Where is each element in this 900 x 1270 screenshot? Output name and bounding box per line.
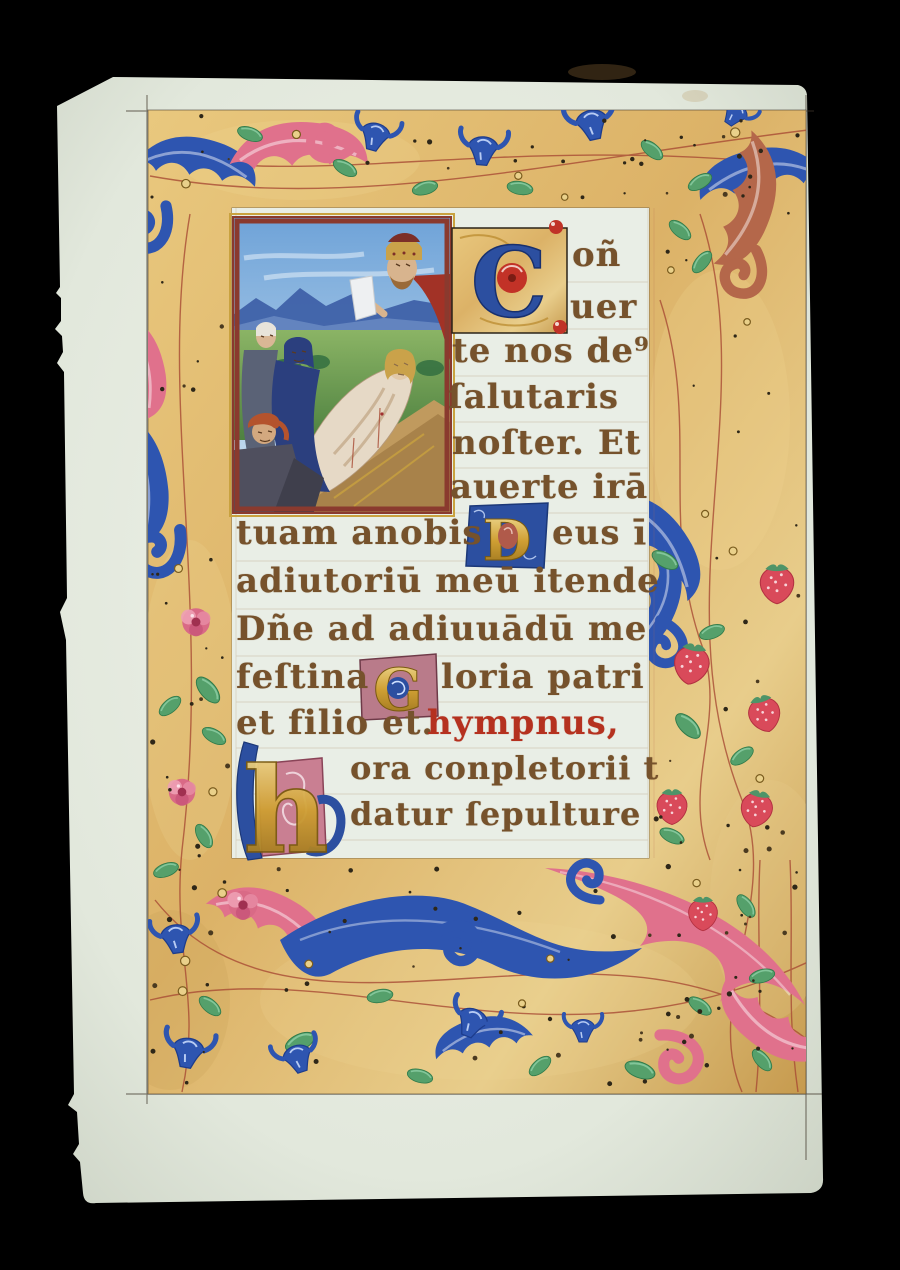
illuminated-initial-c: C	[452, 220, 567, 339]
illuminated-initial-d: D	[466, 503, 548, 574]
svg-text:h: h	[243, 741, 329, 880]
illuminated-initial-g: G	[360, 654, 438, 724]
vellum-stain	[568, 64, 636, 80]
vellum-stain	[682, 90, 708, 102]
photograph-black-backdrop: C D G h oñ uer te nos de⁹ ſalutaris noſt…	[0, 0, 900, 1270]
manuscript-photo: C D G h	[0, 0, 900, 1270]
illuminated-initial-h: h	[237, 741, 341, 880]
miniature-entombment	[230, 214, 454, 516]
